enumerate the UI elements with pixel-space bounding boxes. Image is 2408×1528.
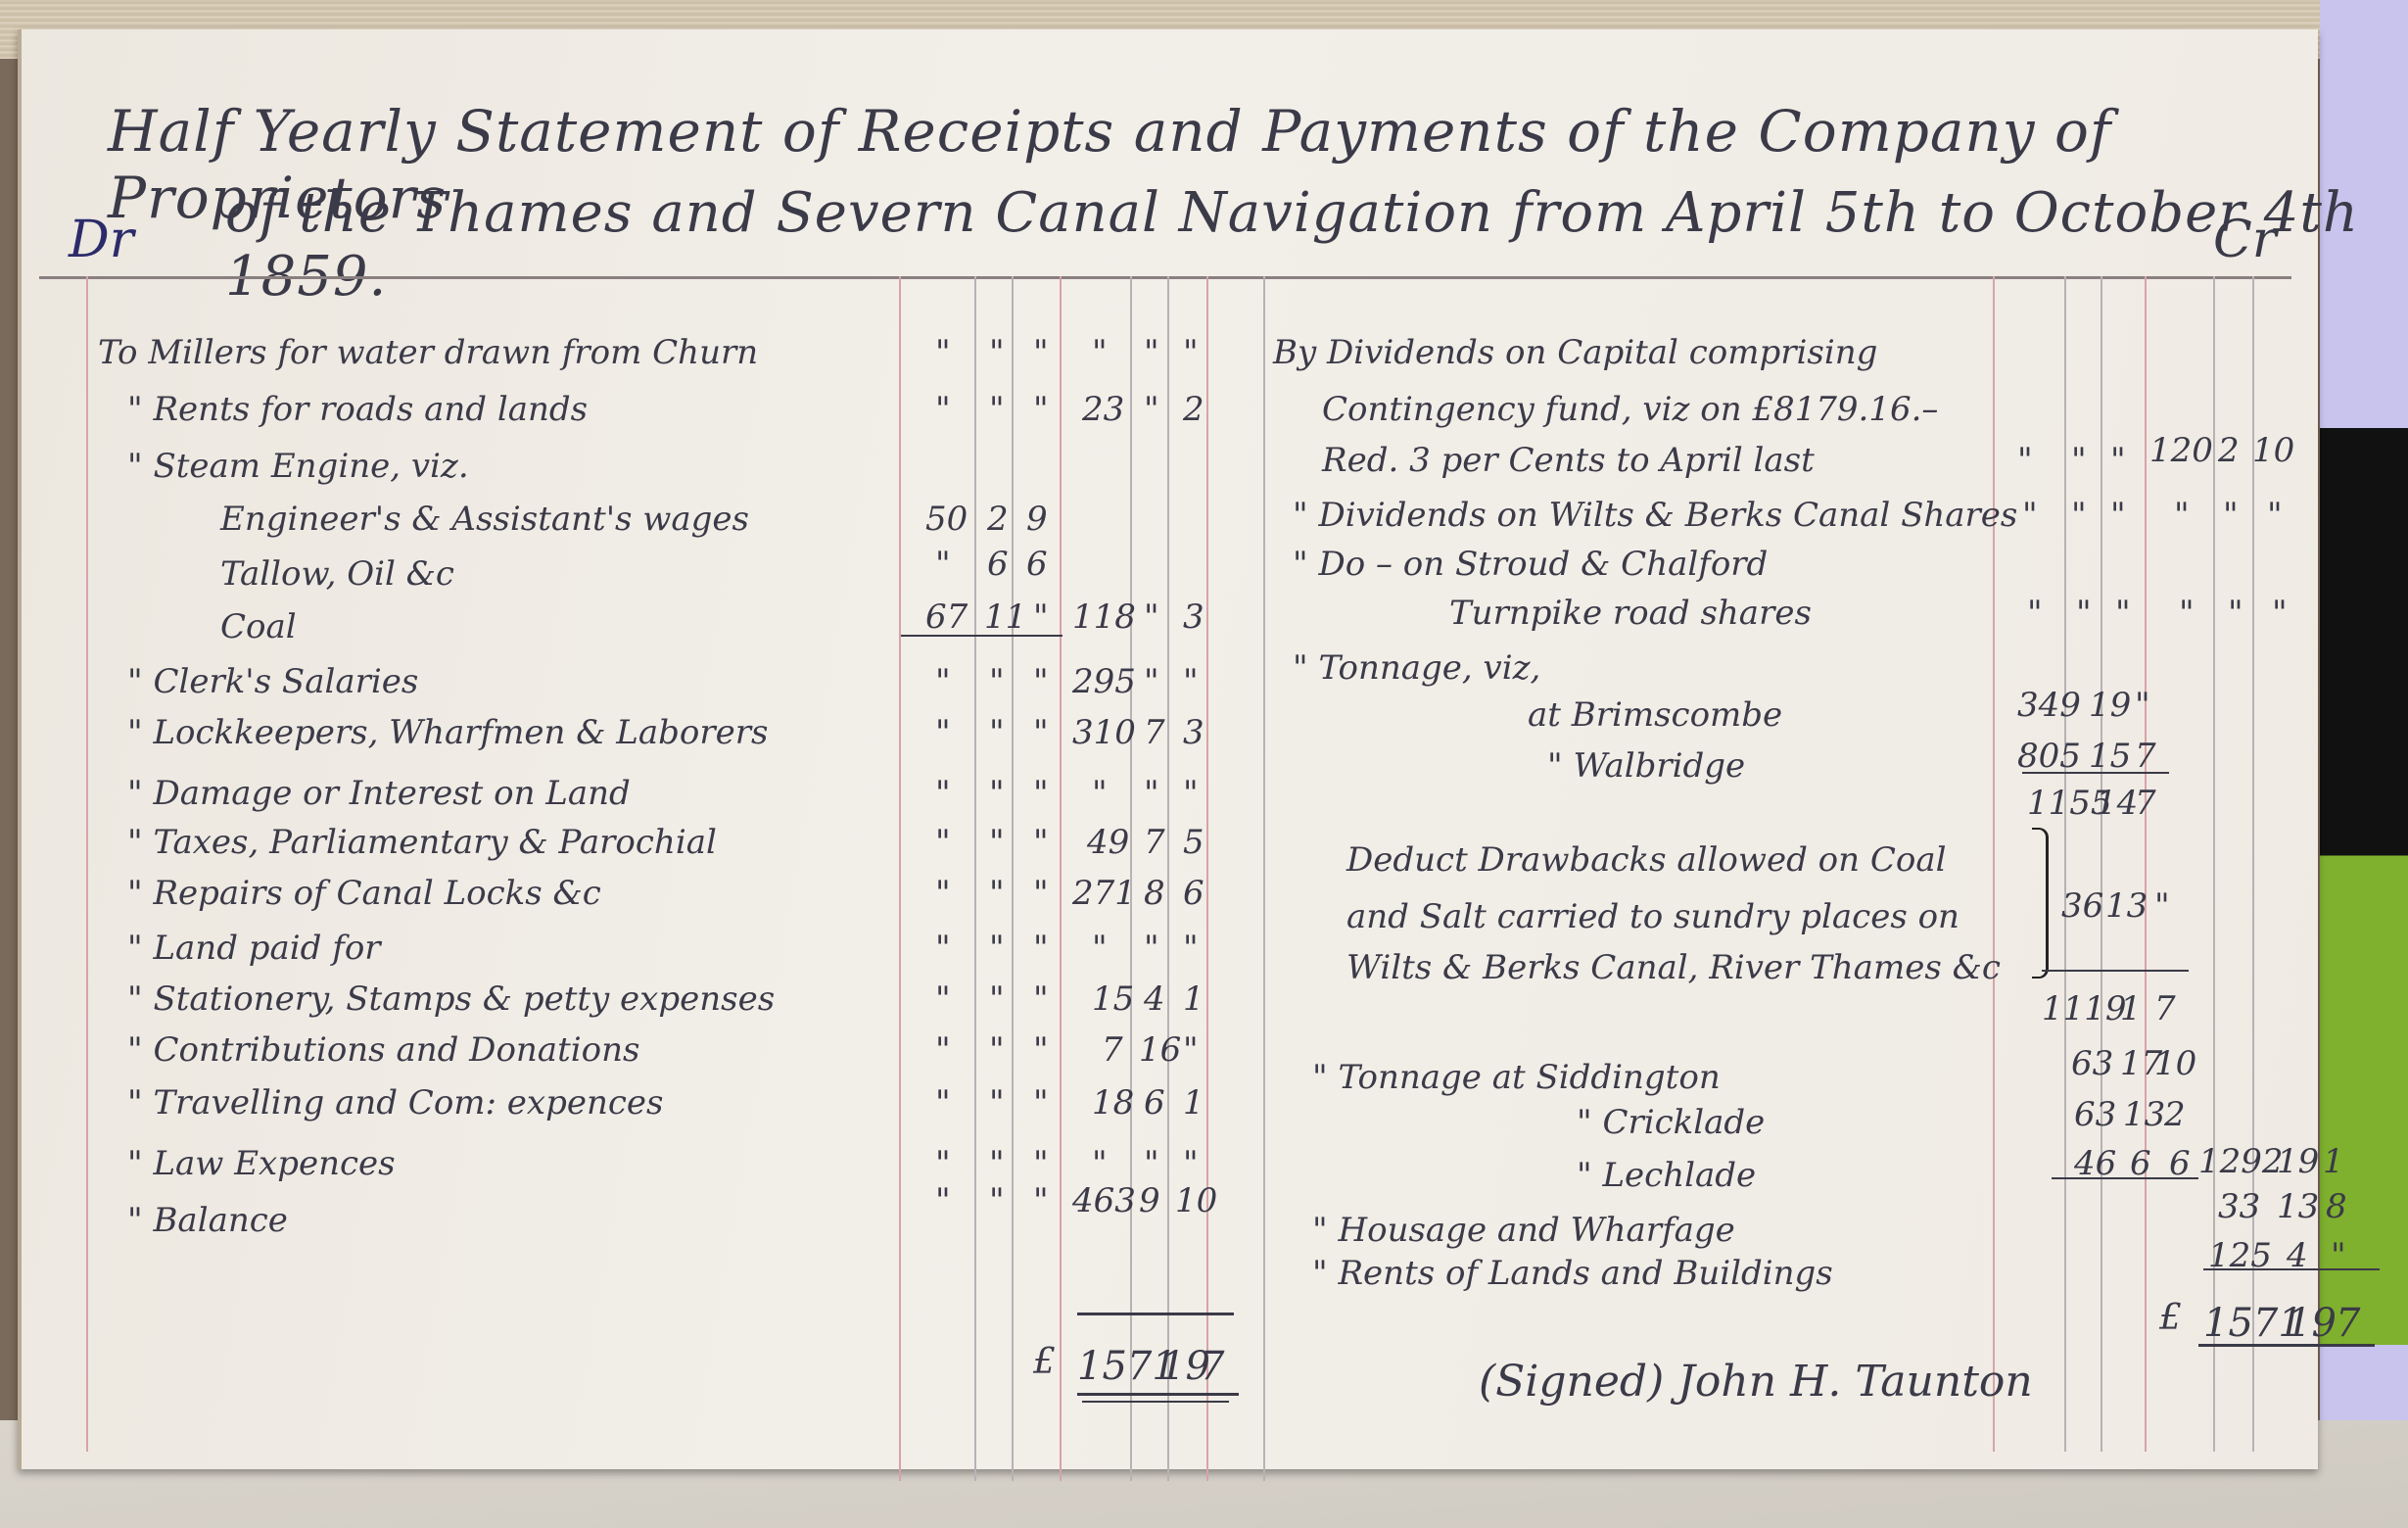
column-rule (1060, 276, 1062, 1481)
total-pounds: 310 (1072, 713, 1136, 752)
amount-pence: " (2115, 594, 2131, 633)
total-pence: " (1183, 333, 1199, 372)
page-title-line2: of the Thames and Severn Canal Navigatio… (225, 181, 2408, 309)
column-rule (2101, 276, 2102, 1452)
total-pounds: 271 (1072, 874, 1136, 913)
margin-line (86, 276, 88, 1452)
total-pence: 8 (2326, 1187, 2347, 1226)
amount-shillings: 19 (2089, 686, 2131, 725)
amount-pence: " (1033, 1181, 1049, 1220)
subtotal-rule (901, 635, 1062, 637)
credit-entry-label: " Dividends on Wilts & Berks Canal Share… (1293, 496, 2017, 535)
column-rule (974, 276, 976, 1481)
amount-pence: 7 (2135, 784, 2156, 823)
amount-pounds: 63 (2074, 1095, 2116, 1134)
credit-entry-label: " Housage and Wharfage (1312, 1211, 1735, 1250)
amount-pounds: " (2017, 441, 2033, 480)
total-pounds: 15 (1092, 979, 1134, 1019)
amount-pence: " (1033, 713, 1049, 752)
column-rule (1012, 276, 1014, 1481)
amount-shillings: " (989, 1181, 1005, 1220)
amount-shillings: 2 (987, 500, 1009, 539)
amount-shillings: " (989, 662, 1005, 701)
amount-shillings: " (989, 333, 1005, 372)
debit-entry-label: " Steam Engine, viz. (127, 447, 469, 486)
amount-shillings: " (989, 1083, 1005, 1122)
total-pounds: " (2174, 496, 2190, 535)
amount-shillings: " (989, 774, 1005, 813)
total-pence: 3 (1183, 597, 1204, 637)
total-pence: " (1183, 774, 1199, 813)
debit-entry-label: To Millers for water drawn from Churn (98, 333, 758, 372)
total-shillings: 7 (1144, 713, 1165, 752)
column-rule (1263, 276, 1265, 1481)
amount-pence: " (1033, 1030, 1049, 1070)
credit-entry-label: Red. 3 per Cents to April last (1322, 441, 1815, 480)
amount-shillings: 13 (2123, 1095, 2165, 1134)
debit-entry-label: " Balance (127, 1201, 288, 1240)
currency-symbol: £ (1033, 1342, 1056, 1382)
column-rule (2145, 276, 2147, 1452)
amount-pence: 2 (2164, 1095, 2186, 1134)
amount-pounds: " (2022, 496, 2038, 535)
credit-entry-label: " Tonnage, viz, (1293, 648, 1540, 688)
credit-entry-label: " Lechlade (1577, 1156, 1756, 1195)
amount-pounds: " (935, 1144, 951, 1183)
amount-shillings: 11 (984, 597, 1026, 637)
debit-entry-label: " Lockkeepers, Wharfmen & Laborers (127, 713, 768, 752)
column-rule (899, 276, 901, 1481)
total-shillings: 7 (1144, 823, 1165, 862)
total-pounds: 463 (1072, 1181, 1136, 1220)
amount-pence: " (1033, 333, 1049, 372)
debit-marker: Dr (69, 211, 134, 269)
amount-shillings: " (989, 823, 1005, 862)
credit-entry-label: Turnpike road shares (1449, 594, 1812, 633)
total-shillings: 16 (1139, 1030, 1181, 1070)
total-shillings: " (1144, 597, 1159, 637)
amount-pence: " (1033, 1083, 1049, 1122)
amount-pence: " (1033, 1144, 1049, 1183)
total-pounds: 118 (1072, 597, 1136, 637)
double-rule (2198, 1344, 2375, 1347)
credit-marker: Cr (2213, 211, 2277, 269)
amount-pence: " (1033, 390, 1049, 429)
amount-pence: " (1033, 979, 1049, 1019)
amount-pence: " (1033, 774, 1049, 813)
amount-pounds: 805 (2017, 737, 2081, 776)
total-pence: 3 (1183, 713, 1204, 752)
amount-pence: 7 (2154, 989, 2176, 1028)
total-shillings: 8 (1144, 874, 1165, 913)
total-pence: " (1183, 1030, 1199, 1070)
amount-shillings: 13 (2105, 886, 2148, 926)
amount-pounds: 63 (2071, 1044, 2113, 1083)
amount-pence: " (2110, 441, 2126, 480)
total-pence: 6 (1183, 874, 1204, 913)
credit-entry-label: " Do – on Stroud & Chalford (1293, 545, 1768, 584)
amount-shillings: " (989, 390, 1005, 429)
amount-shillings: 1 (2120, 989, 2142, 1028)
column-rule (1993, 276, 1995, 1452)
total-pence: " (1183, 662, 1199, 701)
total-shillings: " (1144, 333, 1159, 372)
debit-entry-label: " Contributions and Donations (127, 1030, 639, 1070)
amount-shillings: " (2076, 594, 2092, 633)
amount-pounds: " (935, 713, 951, 752)
amount-shillings: " (989, 979, 1005, 1019)
amount-pence: " (1033, 597, 1049, 637)
total-pounds: " (1092, 774, 1108, 813)
amount-pence: 9 (1026, 500, 1048, 539)
debit-entry-label: " Clerk's Salaries (127, 662, 418, 701)
debit-entry-label: " Stationery, Stamps & petty expenses (127, 979, 775, 1019)
total-pence: " (1183, 929, 1199, 968)
amount-pounds: " (935, 874, 951, 913)
total-shillings: 13 (2277, 1187, 2319, 1226)
double-rule (1077, 1393, 1239, 1396)
credit-entry-label: at Brimscombe (1528, 695, 1782, 735)
total-pounds: 33 (2218, 1187, 2260, 1226)
total-pounds: 49 (1087, 823, 1129, 862)
total-shillings: " (1144, 929, 1159, 968)
total-shillings: 9 (1139, 1181, 1160, 1220)
total-pounds: " (2179, 594, 2195, 633)
total-shillings: 19 (2277, 1142, 2319, 1181)
currency-symbol: £ (2159, 1298, 2182, 1338)
debit-total-pence: 7 (1200, 1344, 1224, 1389)
amount-shillings: " (989, 713, 1005, 752)
credit-entry-label: " Rents of Lands and Buildings (1312, 1254, 1833, 1293)
amount-shillings: 15 (2089, 737, 2131, 776)
total-pounds: " (1092, 1144, 1108, 1183)
subtotal-rule (2052, 1177, 2198, 1179)
amount-pounds: " (935, 662, 951, 701)
amount-pence: " (1033, 823, 1049, 862)
amount-shillings: 6 (987, 545, 1009, 584)
amount-pounds: 1119 (2042, 989, 2127, 1028)
credit-entry-label: " Tonnage at Siddington (1312, 1058, 1721, 1097)
debit-entry-label: " Taxes, Parliamentary & Parochial (127, 823, 717, 862)
amount-pounds: 50 (925, 500, 968, 539)
credit-entry-label: By Dividends on Capital comprising (1273, 333, 1877, 372)
total-pounds: " (1092, 333, 1108, 372)
total-pence: 1 (1183, 979, 1204, 1019)
amount-shillings: " (2071, 441, 2087, 480)
amount-pence: " (1033, 929, 1049, 968)
amount-pounds: " (935, 1181, 951, 1220)
drawback-line: and Salt carried to sundry places on (1346, 897, 1959, 936)
total-pounds: 23 (1082, 390, 1124, 429)
debit-entry-label: " Rents for roads and lands (127, 390, 588, 429)
amount-pence: " (2135, 686, 2150, 725)
amount-pence: " (2154, 886, 2170, 926)
amount-shillings: " (989, 874, 1005, 913)
total-pence: " (1183, 1144, 1199, 1183)
total-pence: 1 (2323, 1142, 2344, 1181)
brace (2032, 828, 2049, 979)
header-rule (39, 276, 2291, 279)
amount-shillings: " (989, 1030, 1005, 1070)
credit-entry-label: " Walbridge (1547, 746, 1745, 786)
total-pounds: 18 (1092, 1083, 1134, 1122)
amount-pence: 6 (1026, 545, 1048, 584)
amount-shillings: 14 (2096, 784, 2138, 823)
credit-total-shillings: 19 (2287, 1301, 2337, 1346)
amount-pounds: 67 (925, 597, 968, 637)
total-shillings: " (2223, 496, 2239, 535)
debit-entry-label: " Damage or Interest on Land (127, 774, 631, 813)
amount-pounds: " (935, 774, 951, 813)
amount-pence: " (1033, 874, 1049, 913)
amount-pounds: 36 (2061, 886, 2103, 926)
amount-pounds: " (935, 1030, 951, 1070)
subtotal-rule (2022, 772, 2169, 774)
total-pounds: 1292 (2198, 1142, 2284, 1181)
credit-total-pence: 7 (2336, 1301, 2360, 1346)
debit-entry-label: " Repairs of Canal Locks &c (127, 874, 601, 913)
amount-pounds: " (935, 390, 951, 429)
double-rule (1082, 1401, 1229, 1403)
debit-entry-label: " Travelling and Com: expences (127, 1083, 664, 1122)
total-shillings: 4 (1144, 979, 1165, 1019)
debit-entry-label: Tallow, Oil &c (220, 554, 454, 594)
total-pence: " (2272, 594, 2288, 633)
amount-pounds: " (2027, 594, 2043, 633)
signature: (Signed) John H. Taunton (1479, 1357, 2033, 1407)
amount-pounds: " (935, 929, 951, 968)
amount-pence: 7 (2135, 737, 2156, 776)
debit-entry-label: Engineer's & Assistant's wages (220, 500, 749, 539)
total-pounds: 7 (1102, 1030, 1123, 1070)
amount-shillings: " (2071, 496, 2087, 535)
total-shillings: " (1144, 390, 1159, 429)
debit-entry-label: " Land paid for (127, 929, 381, 968)
amount-pounds: " (935, 979, 951, 1019)
amount-pounds: " (935, 545, 951, 584)
column-rule (2064, 276, 2066, 1452)
total-rule (1077, 1313, 1234, 1315)
drawback-line: Deduct Drawbacks allowed on Coal (1346, 840, 1946, 880)
total-pence: 2 (1183, 390, 1204, 429)
column-rule (1167, 276, 1169, 1481)
debit-entry-label: Coal (220, 607, 297, 646)
total-shillings: 2 (2218, 431, 2240, 470)
total-pence: 10 (2252, 431, 2294, 470)
total-shillings: " (1144, 774, 1159, 813)
amount-pounds: " (935, 1083, 951, 1122)
total-pounds: " (1092, 929, 1108, 968)
debit-entry-label: " Law Expences (127, 1144, 396, 1183)
total-rule (2203, 1268, 2380, 1270)
total-shillings: " (1144, 1144, 1159, 1183)
credit-entry-label: Contingency fund, viz on £8179.16.– (1322, 390, 1938, 429)
total-shillings: " (2228, 594, 2243, 633)
total-shillings: 6 (1144, 1083, 1165, 1122)
amount-pounds: " (935, 823, 951, 862)
column-rule (1206, 276, 1208, 1481)
total-pence: " (2267, 496, 2283, 535)
total-pounds: 295 (1072, 662, 1136, 701)
amount-pence: " (2110, 496, 2126, 535)
column-rule (2213, 276, 2215, 1452)
amount-pounds: 349 (2017, 686, 2081, 725)
amount-pence: " (1033, 662, 1049, 701)
total-pence: 1 (1183, 1083, 1204, 1122)
total-pence: 10 (1175, 1181, 1217, 1220)
amount-pence: 10 (2154, 1044, 2196, 1083)
total-shillings: " (1144, 662, 1159, 701)
subtotal-rule (2042, 970, 2189, 972)
total-pounds: 120 (2149, 431, 2213, 470)
total-pence: 5 (1183, 823, 1204, 862)
amount-shillings: " (989, 929, 1005, 968)
credit-entry-label: " Cricklade (1577, 1103, 1765, 1142)
drawback-line: Wilts & Berks Canal, River Thames &c (1346, 948, 2001, 987)
amount-shillings: " (989, 1144, 1005, 1183)
amount-pounds: " (935, 333, 951, 372)
